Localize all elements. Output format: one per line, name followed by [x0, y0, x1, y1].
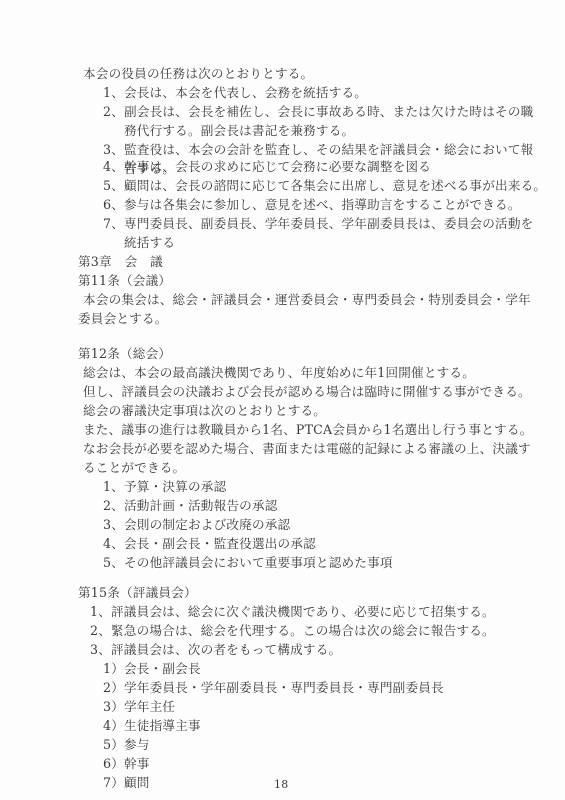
officer-item: 5、顧問は、会長の諮問に応じて各集会に出席し、意見を述べる事が出来る。 — [103, 176, 546, 195]
article-text: なお会長が必要を認めた場合、書面または電磁的記録による審議の上、決議す — [83, 439, 531, 458]
document-page: 本会の役員の任務は次のとおりとする。 1、会長は、本会を代表し、会務を統括する。… — [0, 0, 565, 800]
officer-item: 4、幹事は、会長の求めに応じて会務に必要な調整を図る — [103, 157, 431, 176]
member-item: 1）会長・副会長 — [103, 659, 201, 678]
article-text: また、議事の進行は教職員から1名、PTCA会員から1名選出し行う事とする。 — [83, 420, 532, 439]
officer-item: 6、参与は各集会に参加し、意見を述べ、指導助言をすることができる。 — [103, 195, 521, 214]
article-item: 1、予算・決算の承認 — [103, 477, 226, 496]
article-item: 4、会長・副会長・監査役選出の承認 — [103, 534, 316, 553]
article-item: 5、その他評議員会において重要事項と認めた事項 — [103, 553, 393, 572]
officer-item: 7、専門委員長、副委員長、学年委員長、学年副委員長は、委員会の活動を — [103, 214, 533, 233]
article-heading: 第11条（会議） — [78, 271, 171, 290]
officer-item-cont: 務代行する。副会長は書記を兼務する。 — [124, 121, 354, 140]
officers-intro: 本会の役員の任務は次のとおりとする。 — [83, 64, 313, 83]
article-text: 但し、評議員会の決議および会長が認める場合は臨時に開催する事ができる。 — [83, 382, 531, 401]
article-item: 1、評議員会は、総会に次ぐ議決機関であり、必要に応じて招集する。 — [90, 602, 495, 621]
article-item: 3、評議員会は、次の者をもって構成する。 — [90, 640, 341, 659]
member-item: 3）学年主任 — [103, 697, 175, 716]
officer-item-cont: 統括する — [124, 233, 175, 252]
member-item: 7）顧問 — [103, 773, 150, 792]
article-text: ることができる。 — [83, 458, 185, 477]
officer-item: 1、会長は、本会を代表し、会務を統括する。 — [103, 83, 367, 102]
article-text: 委員会とする。 — [78, 309, 168, 328]
article-text: 本会の集会は、総会・評議員会・運営委員会・専門委員会・特別委員会・学年 — [83, 290, 531, 309]
article-item: 2、活動計画・活動報告の承認 — [103, 496, 278, 515]
article-text: 総会の審議決定事項は次のとおりとする。 — [83, 401, 326, 420]
article-text: 総会は、本会の最高議決機関であり、年度始めに年1回開催とする。 — [83, 363, 475, 382]
article-heading: 第15条（評議員会） — [78, 583, 197, 602]
member-item: 2）学年委員長・学年副委員長・専門委員長・専門副委員長 — [103, 678, 444, 697]
article-item: 2、緊急の場合は、総会を代理する。この場合は次の総会に報告する。 — [90, 621, 495, 640]
member-item: 4）生徒指導主事 — [103, 716, 201, 735]
member-item: 6）幹事 — [103, 754, 150, 773]
article-heading: 第12条（総会） — [78, 344, 171, 363]
chapter-title: 第3章 会 議 — [78, 252, 163, 271]
article-item: 3、会則の制定および改廃の承認 — [103, 515, 290, 534]
officer-item: 2、副会長は、会長を補佐し、会長に事故ある時、または欠けた時はその職 — [103, 102, 533, 121]
page-number: 18 — [274, 775, 288, 794]
member-item: 5）参与 — [103, 735, 150, 754]
